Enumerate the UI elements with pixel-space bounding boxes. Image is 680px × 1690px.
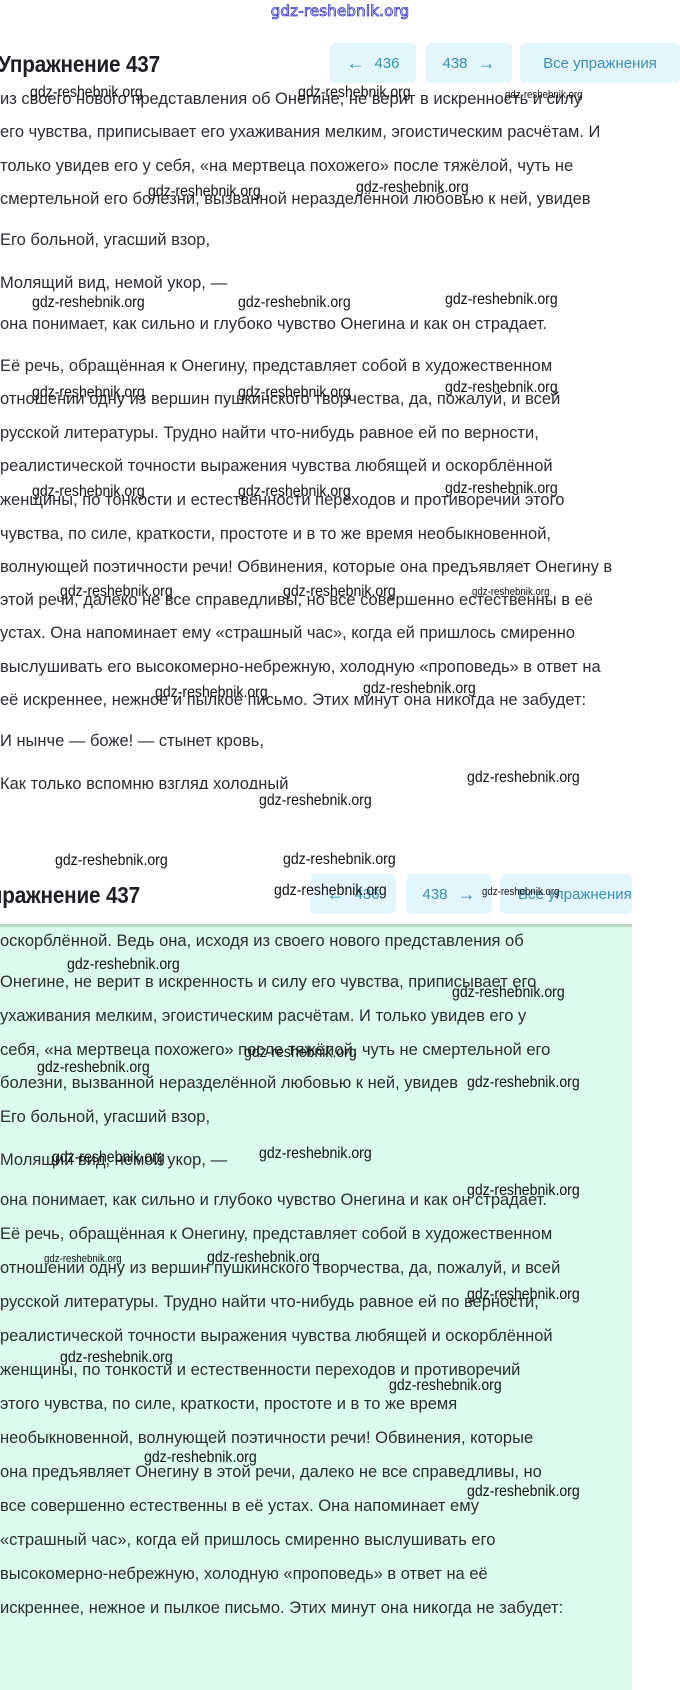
watermark-text: gdz-reshebnik.org [283, 851, 396, 869]
watermark-text: gdz-reshebnik.org [207, 1249, 320, 1267]
watermark-text: gdz-reshebnik.org [32, 294, 145, 312]
paragraph-line: реалистической точности выражения чувств… [0, 1327, 553, 1346]
next-exercise-button-second[interactable]: 438 → [406, 874, 492, 914]
prev-exercise-label: 436 [374, 55, 399, 72]
paragraph-line: все совершенно естественны в её устах. О… [0, 1497, 479, 1516]
watermark-text: gdz-reshebnik.org [298, 84, 411, 102]
page-title-second: Упражнение 437 [0, 882, 140, 909]
paragraph-line: Её речь, обращённая к Онегину, представл… [0, 357, 552, 376]
watermark-text: gdz-reshebnik.org [30, 84, 143, 102]
answer-panel: оскорблённой. Ведь она, исходя из своего… [0, 924, 632, 1690]
watermark-text: gdz-reshebnik.org [274, 882, 387, 900]
paragraph-line: оскорблённой. Ведь она, исходя из своего… [0, 932, 524, 951]
paragraph-line: только увидев его у себя, «на мертвеца п… [0, 157, 573, 176]
paragraph-line: её искреннее, нежное и пылкое письмо. Эт… [0, 691, 586, 710]
watermark-text: gdz-reshebnik.org [467, 1074, 580, 1092]
paragraph-line: смертельной его болезни, вызванной нераз… [0, 190, 591, 209]
watermark-text: gdz-reshebnik.org [148, 183, 261, 201]
next-exercise-label: 438 [442, 55, 467, 72]
paragraph-line: реалистической точности выражения чувств… [0, 457, 553, 476]
watermark-text: gdz-reshebnik.org [238, 483, 351, 501]
paragraph-line: Его больной, угасший взор, [0, 231, 210, 250]
paragraph-line: высокомерно-небрежную, холодную «пропове… [0, 1565, 488, 1584]
paragraph-line: она понимает, как сильно и глубоко чувст… [0, 1191, 547, 1210]
watermark-text: gdz-reshebnik.org [445, 480, 558, 498]
watermark-text: gdz-reshebnik.org [52, 1149, 165, 1167]
watermark-text: gdz-reshebnik.org [482, 886, 559, 898]
watermark-text: gdz-reshebnik.org [283, 583, 396, 601]
next-exercise-label: 438 [422, 886, 447, 903]
watermark-text: gdz-reshebnik.org [505, 89, 582, 101]
watermark-text: gdz-reshebnik.org [144, 1449, 257, 1467]
paragraph-line: «страшный час», когда ей пришлось смирен… [0, 1531, 495, 1550]
paragraph-line: этого чувства, по силе, краткости, прост… [0, 1395, 457, 1414]
watermark-text: gdz-reshebnik.org [67, 956, 180, 974]
paragraph-line: волнующей поэтичности речи! Обвинения, к… [0, 558, 612, 577]
paragraph-line: чувства, по силе, краткости, простоте и … [0, 525, 551, 544]
paragraph-line: необыкновенной, волнующей поэтичности ре… [0, 1429, 533, 1448]
paragraph-line: Его больной, угасший взор, [0, 1108, 210, 1127]
arrow-right-icon: → [478, 53, 496, 74]
watermark-text: gdz-reshebnik.org [467, 1483, 580, 1501]
watermark-text: gdz-reshebnik.org [32, 384, 145, 402]
paragraph-line: искреннее, нежное и пылкое письмо. Этих … [0, 1599, 563, 1618]
watermark-text: gdz-reshebnik.org [238, 294, 351, 312]
watermark-text: gdz-reshebnik.org [60, 1349, 173, 1367]
paragraph-line: она предъявляет Онегину в этой речи, дал… [0, 1463, 542, 1482]
watermark-text: gdz-reshebnik.org [452, 984, 565, 1002]
paragraph-line: ухаживания мелким, эгоистическим расчёта… [0, 1007, 526, 1026]
paragraph-line: его чувства, приписывает его ухаживания … [0, 123, 600, 142]
exercise-header-top: Упражнение 437 ← 436 438 → Все упражнени… [0, 43, 680, 89]
watermark-text: gdz-reshebnik.org [445, 291, 558, 309]
watermark-text: gdz-reshebnik.org [467, 1286, 580, 1304]
watermark-text: gdz-reshebnik.org [467, 1182, 580, 1200]
watermark-text: gdz-reshebnik.org [37, 1059, 150, 1077]
paragraph-line: Молящий вид, немой укор, — [0, 274, 227, 293]
watermark-text: gdz-reshebnik.org [472, 586, 549, 598]
watermark-text: gdz-reshebnik.org [32, 483, 145, 501]
watermark-text: gdz-reshebnik.org [44, 1253, 121, 1265]
paragraph-line: И нынче — боже! — стынет кровь, [0, 732, 264, 751]
watermark-text: gdz-reshebnik.org [60, 583, 173, 601]
arrow-right-icon: → [458, 884, 476, 905]
site-logo[interactable]: gdz-reshebnik.org [0, 2, 680, 20]
watermark-text: gdz-reshebnik.org [445, 379, 558, 397]
watermark-text: gdz-reshebnik.org [244, 1044, 357, 1062]
paragraph-line: русской литературы. Трудно найти что-ниб… [0, 424, 539, 443]
watermark-text: gdz-reshebnik.org [467, 769, 580, 787]
paragraph-line: она понимает, как сильно и глубоко чувст… [0, 315, 547, 334]
paragraph-line: устах. Она напоминает ему «страшный час»… [0, 624, 575, 643]
watermark-text: gdz-reshebnik.org [155, 684, 268, 702]
paragraph-line: Как только вспомню взгляд холодный [0, 775, 288, 789]
paragraph-line: Её речь, обращённая к Онегину, представл… [0, 1225, 552, 1244]
watermark-text: gdz-reshebnik.org [259, 1145, 372, 1163]
paragraph-line: русской литературы. Трудно найти что-ниб… [0, 1293, 539, 1312]
all-exercises-button[interactable]: Все упражнения [520, 43, 680, 83]
watermark-text: gdz-reshebnik.org [356, 179, 469, 197]
watermark-text: gdz-reshebnik.org [259, 792, 372, 810]
watermark-text: gdz-reshebnik.org [55, 852, 168, 870]
paragraph-line: выслушивать его высокомерно-небрежную, х… [0, 658, 601, 677]
watermark-text: gdz-reshebnik.org [238, 384, 351, 402]
arrow-left-icon: ← [346, 53, 364, 74]
watermark-text: gdz-reshebnik.org [363, 680, 476, 698]
page-title: Упражнение 437 [0, 51, 160, 78]
next-exercise-button[interactable]: 438 → [426, 43, 512, 83]
watermark-text: gdz-reshebnik.org [389, 1377, 502, 1395]
prev-exercise-button[interactable]: ← 436 [330, 43, 416, 83]
